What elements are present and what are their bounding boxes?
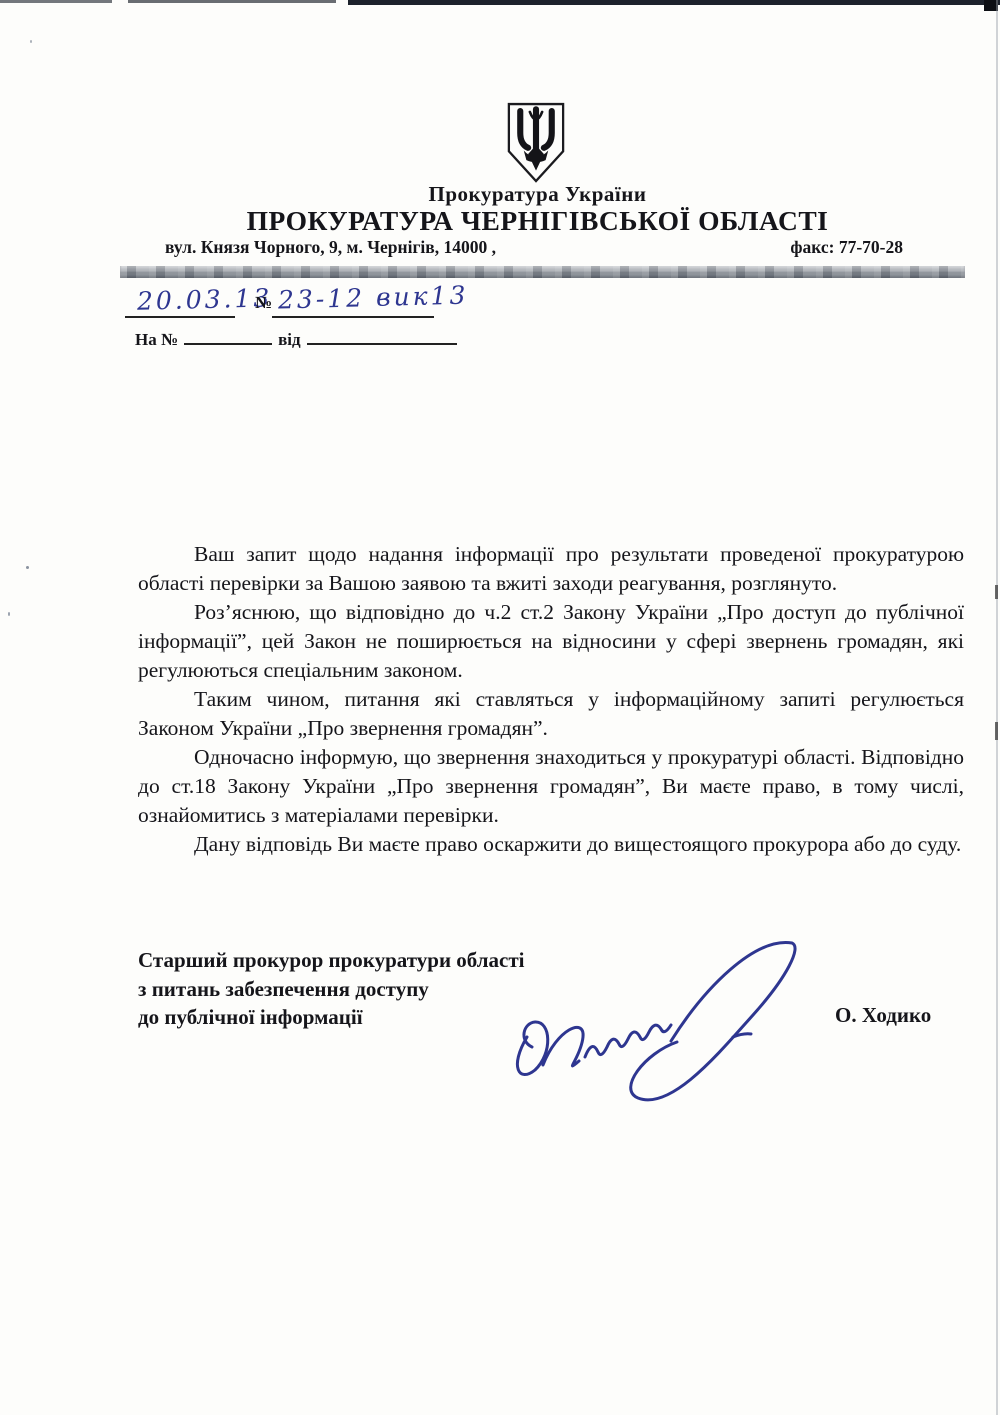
scan-artifact-top-line — [0, 0, 112, 3]
reply-date-blank — [307, 343, 457, 345]
scan-artifact-mark — [995, 585, 998, 599]
date-underline — [125, 316, 235, 318]
reply-from-label: від — [278, 330, 301, 350]
letter-body: Ваш запит щодо надання інформації про ре… — [138, 540, 964, 859]
scan-artifact-top-line — [128, 0, 336, 3]
scan-speck — [8, 612, 10, 616]
reply-number-blank — [184, 343, 272, 345]
number-underline — [272, 316, 434, 318]
scan-artifact-right-edge — [996, 0, 998, 1415]
org-parent-title: Прокуратура України — [105, 182, 970, 207]
reply-number-label: На № — [135, 330, 178, 350]
handwritten-date: 20.03.13 — [137, 283, 273, 316]
org-address: вул. Князя Чорного, 9, м. Чернігів, 1400… — [165, 237, 496, 258]
paragraph: Ваш запит щодо надання інформації про ре… — [138, 540, 964, 598]
paragraph: Дану відповідь Ви маєте право оскаржити … — [138, 830, 964, 859]
scan-artifact-mark — [995, 722, 998, 740]
org-name-title: ПРОКУРАТУРА ЧЕРНІГІВСЬКОЇ ОБЛАСТІ — [105, 205, 970, 237]
scan-speck — [30, 40, 32, 43]
handwritten-signature — [505, 925, 805, 1120]
scan-speck — [26, 566, 29, 569]
ukraine-trident-icon — [501, 98, 571, 188]
paragraph: Розʼяснюю, що відповідно до ч.2 ст.2 Зак… — [138, 598, 964, 685]
paragraph: Одночасно інформую, що звернення знаходи… — [138, 743, 964, 830]
paragraph: Таким чином, питання які ставляться у ін… — [138, 685, 964, 743]
handwritten-outgoing-number: 23-12 вик13 — [278, 281, 469, 315]
scanned-letter-page: Прокуратура України ПРОКУРАТУРА ЧЕРНІГІВ… — [0, 0, 1000, 1415]
signer-name: О. Ходико — [835, 1003, 931, 1028]
reply-reference-line: На №від — [135, 330, 457, 350]
scan-artifact-top-line — [348, 0, 1000, 5]
number-sign-label: № — [255, 293, 272, 313]
header-divider-band — [120, 266, 965, 278]
org-fax: факс: 77-70-28 — [790, 237, 903, 258]
